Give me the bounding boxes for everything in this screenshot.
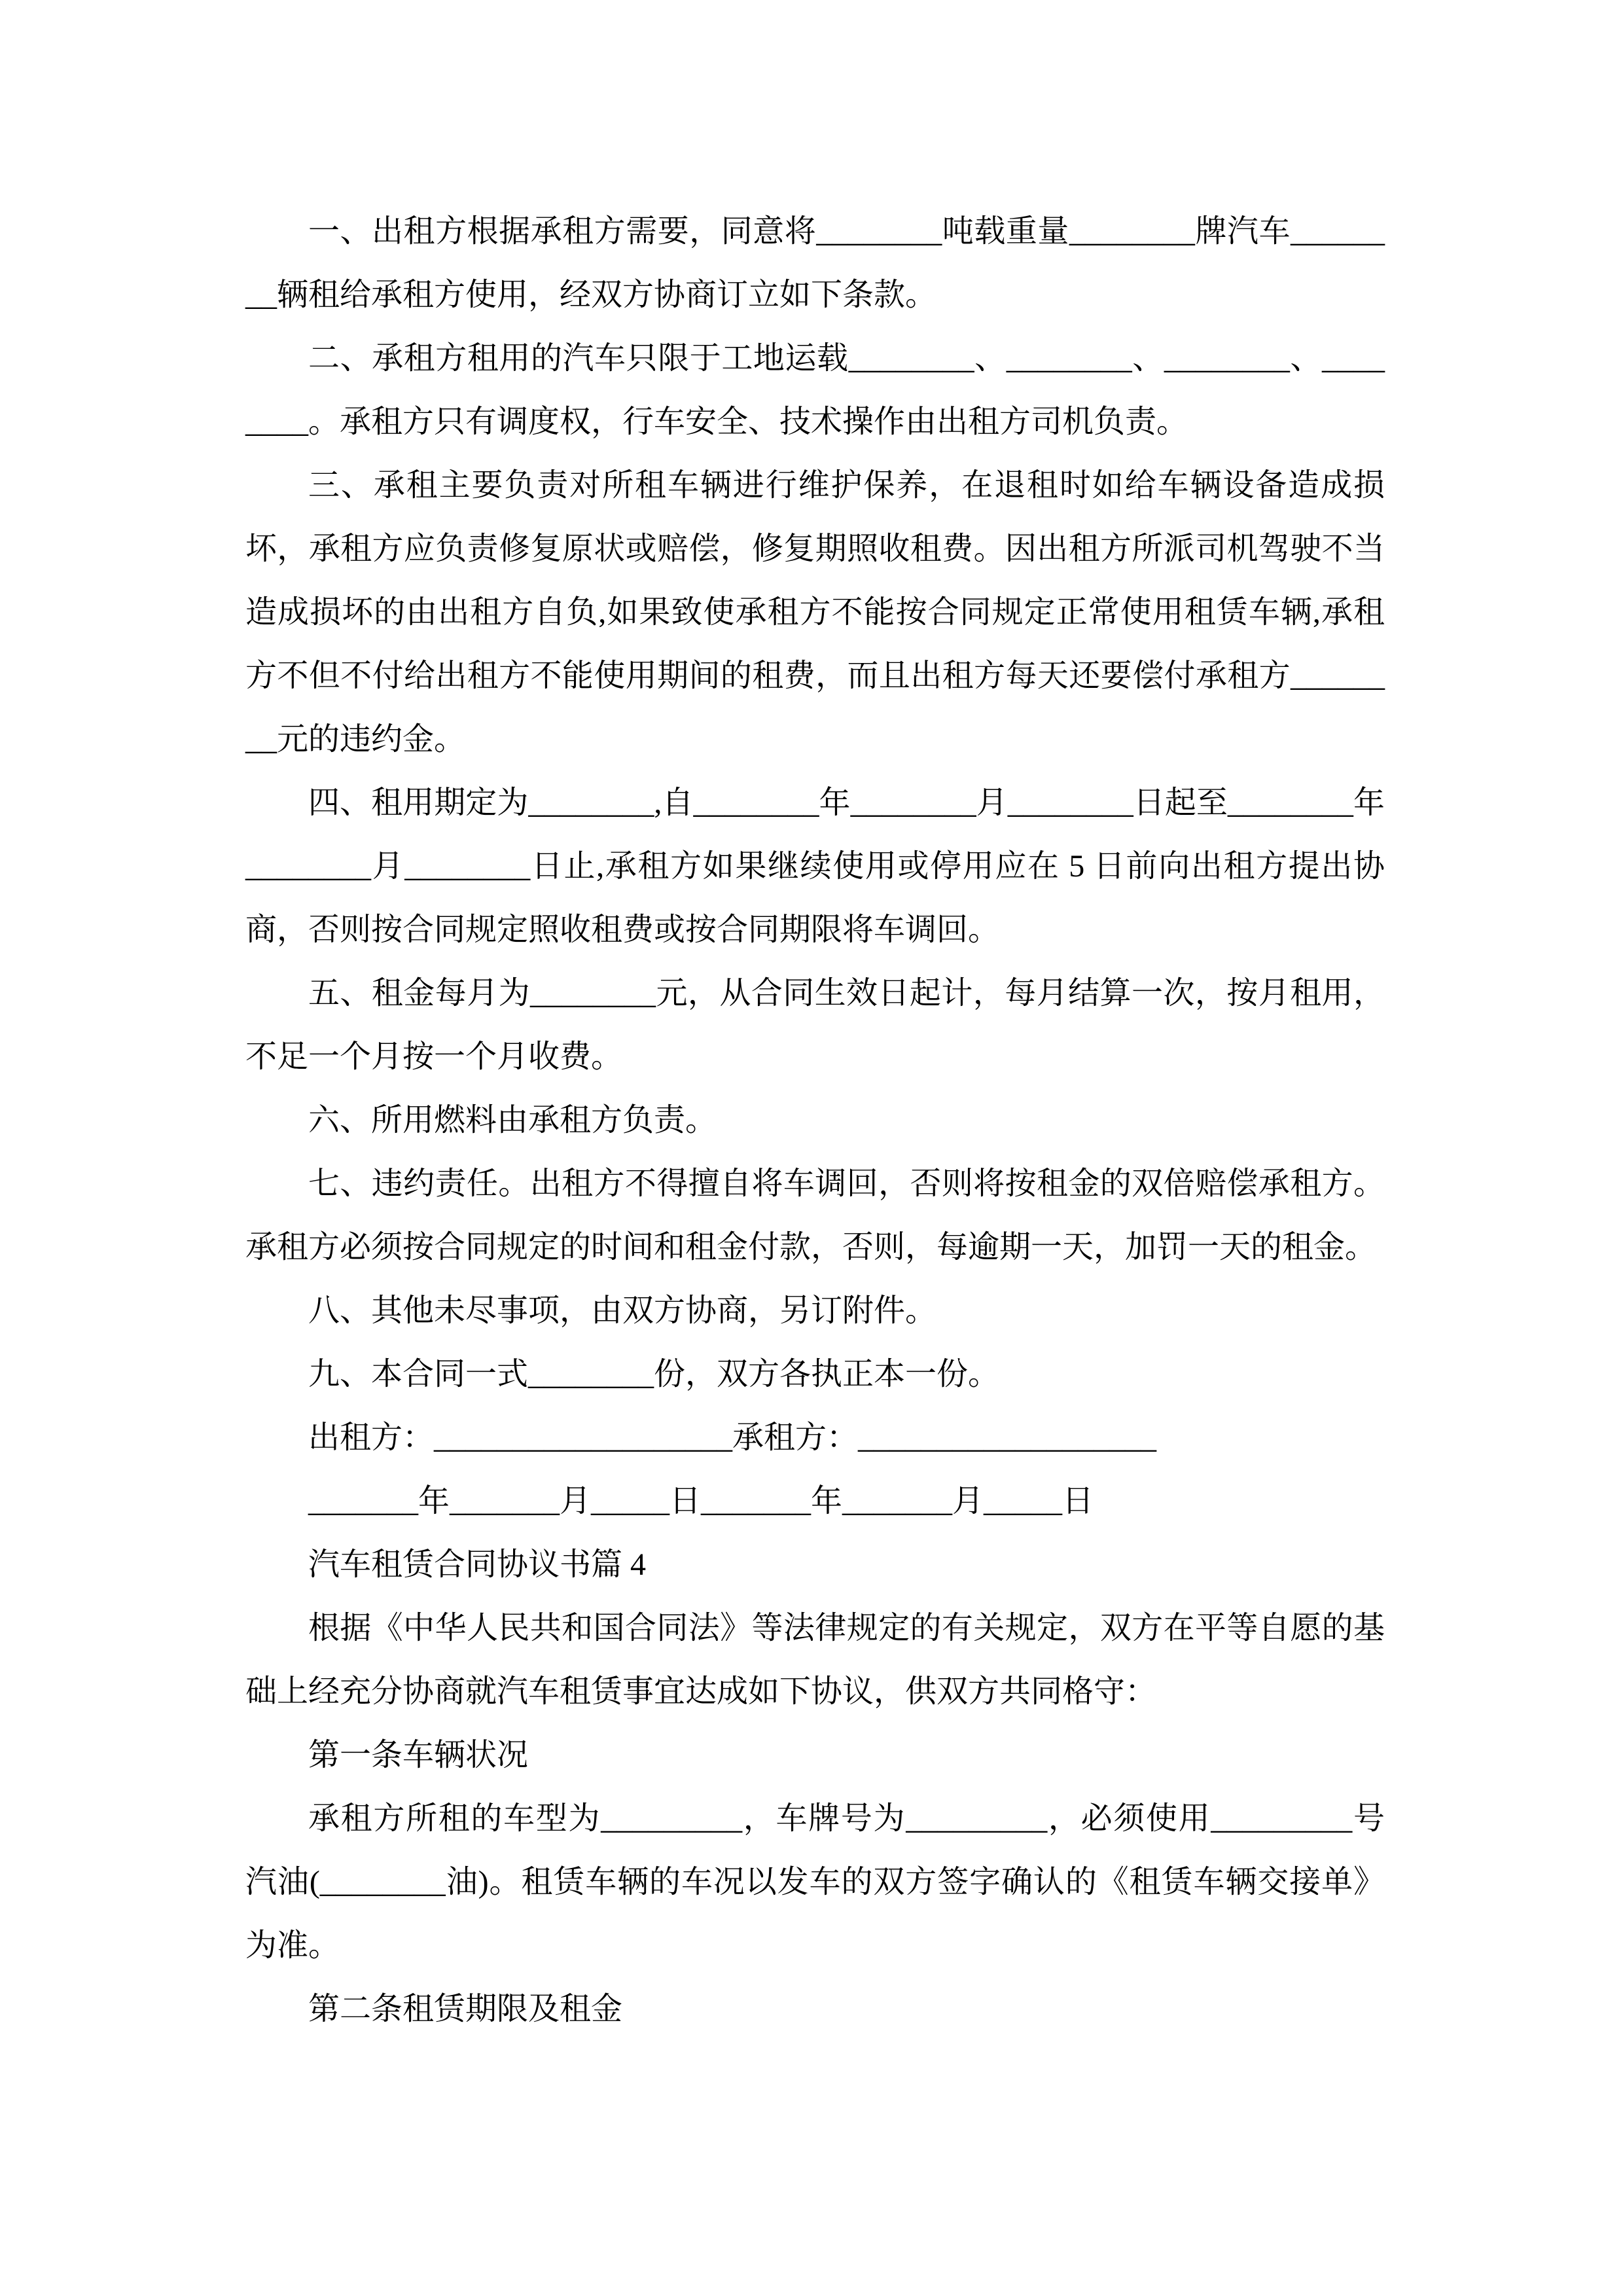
- contract-clause-2: 二、承租方租用的汽车只限于工地运载________、________、_____…: [245, 327, 1385, 454]
- signature-line: 出租方：___________________承租方：_____________…: [245, 1406, 1385, 1469]
- contract-clause-9: 九、本合同一式________份，双方各执正本一份。: [245, 1342, 1385, 1406]
- contract-clause-3: 三、承租主要负责对所租车辆进行维护保养，在退租时如给车辆设备造成损坏，承租方应负…: [245, 454, 1385, 771]
- date-line: _______年_______月_____日_______年_______月__…: [245, 1469, 1385, 1533]
- contract-clause-4: 四、租用期定为________,自________年________月_____…: [245, 771, 1385, 961]
- article-1-title: 第一条车辆状况: [245, 1723, 1385, 1787]
- section-title: 汽车租赁合同协议书篇 4: [245, 1533, 1385, 1596]
- contract-clause-8: 八、其他未尽事项，由双方协商，另订附件。: [245, 1279, 1385, 1342]
- contract-text-block: 一、出租方根据承租方需要，同意将________吨载重量________牌汽车_…: [245, 200, 1385, 2041]
- article-2-title: 第二条租赁期限及租金: [245, 1977, 1385, 2041]
- contract-clause-5: 五、租金每月为________元，从合同生效日起计，每月结算一次，按月租用，不足…: [245, 961, 1385, 1088]
- contract-clause-6: 六、所用燃料由承租方负责。: [245, 1088, 1385, 1152]
- contract-clause-1: 一、出租方根据承租方需要，同意将________吨载重量________牌汽车_…: [245, 200, 1385, 327]
- section-intro: 根据《中华人民共和国合同法》等法律规定的有关规定，双方在平等自愿的基础上经充分协…: [245, 1596, 1385, 1723]
- article-1-body: 承租方所租的车型为_________，车牌号为_________，必须使用___…: [245, 1787, 1385, 1977]
- document-page: 一、出租方根据承租方需要，同意将________吨载重量________牌汽车_…: [0, 0, 1623, 2296]
- contract-clause-7: 七、违约责任。出租方不得擅自将车调回，否则将按租金的双倍赔偿承租方。承租方必须按…: [245, 1152, 1385, 1279]
